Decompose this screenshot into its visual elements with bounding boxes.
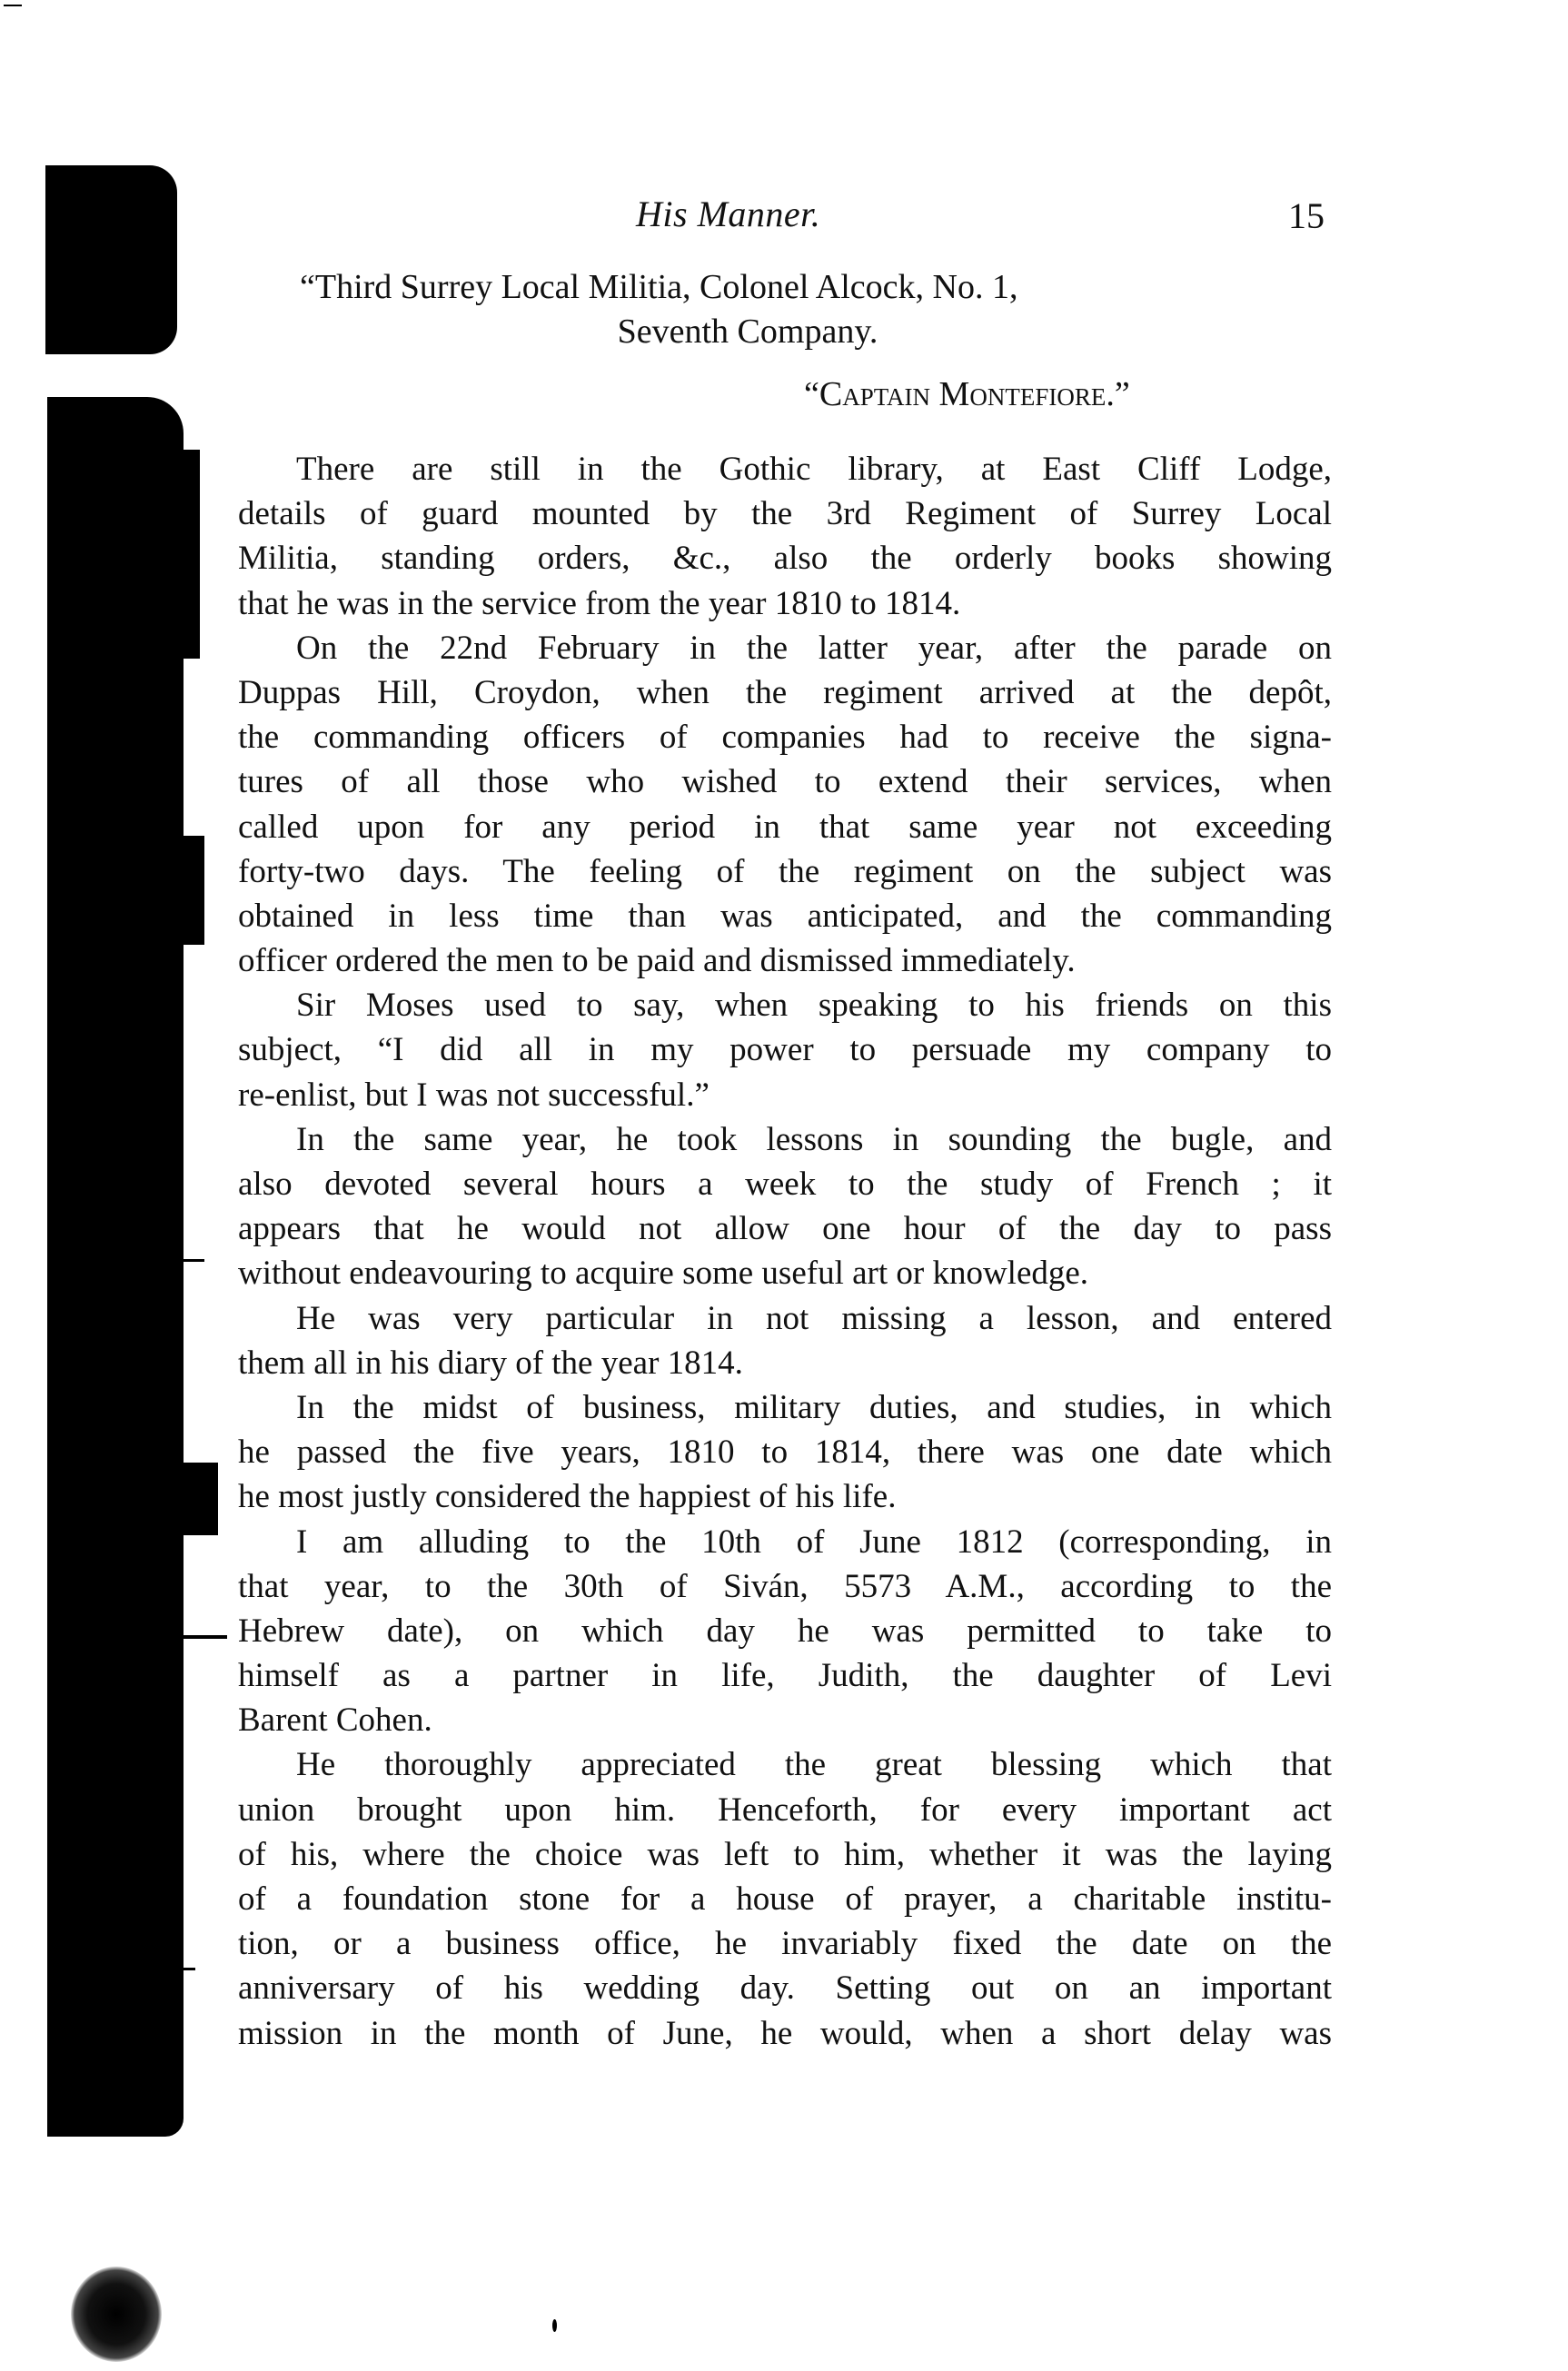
body-line: tures of all those who wished to extend … — [238, 759, 1332, 804]
body-line: He was very particular in not missing a … — [238, 1296, 1332, 1341]
scan-mark-top-left — [4, 5, 22, 6]
body-line: In the midst of business, military dutie… — [238, 1385, 1332, 1430]
body-line: In the same year, he took lessons in sou… — [238, 1117, 1332, 1162]
body-line: of a foundation stone for a house of pra… — [238, 1877, 1332, 1921]
binding-line-2 — [59, 1635, 227, 1639]
body-line: Militia, standing orders, &c., also the … — [238, 536, 1332, 580]
body-line: that year, to the 30th of Siván, 5573 A.… — [238, 1564, 1332, 1609]
body-text: There are still in the Gothic library, a… — [238, 447, 1332, 2056]
body-line: anniversary of his wedding day. Setting … — [238, 1966, 1332, 2010]
body-line: He thoroughly appreciated the great bles… — [238, 1742, 1332, 1787]
body-line: Hebrew date), on which day he was permit… — [238, 1609, 1332, 1653]
body-line: tion, or a business office, he invariabl… — [238, 1921, 1332, 1966]
body-line: subject, “I did all in my power to persu… — [238, 1027, 1332, 1072]
body-line: of his, where the choice was left to him… — [238, 1832, 1332, 1877]
body-line: he passed the five years, 1810 to 1814, … — [238, 1430, 1332, 1474]
binding-line-1 — [55, 1259, 204, 1262]
binding-line-3 — [68, 1968, 195, 1970]
body-line: obtained in less time than was anticipat… — [238, 894, 1332, 938]
body-line: without endeavouring to acquire some use… — [238, 1251, 1332, 1295]
body-line: mission in the month of June, he would, … — [238, 2011, 1332, 2056]
letter-line-2-text: Seventh Company. — [618, 312, 878, 351]
binding-shadow-bulge-3 — [164, 1463, 218, 1535]
body-line: union brought upon him. Henceforth, for … — [238, 1788, 1332, 1832]
letter-line-1: “Third Surrey Local Militia, Colonel Alc… — [300, 267, 1017, 307]
page-number: 15 — [1288, 194, 1325, 237]
binding-shadow-bulge-1 — [136, 450, 200, 659]
body-line: officer ordered the men to be paid and d… — [238, 938, 1332, 983]
body-line: Duppas Hill, Croydon, when the regiment … — [238, 670, 1332, 715]
binding-shadow-bulge-2 — [136, 836, 204, 945]
letter-signature: “Captain Montefiore.” — [804, 374, 1130, 414]
body-line: Barent Cohen. — [238, 1698, 1332, 1742]
body-line: called upon for any period in that same … — [238, 805, 1332, 849]
body-line: the commanding officers of companies had… — [238, 715, 1332, 759]
body-line: details of guard mounted by the 3rd Regi… — [238, 491, 1332, 536]
body-line: himself as a partner in life, Judith, th… — [238, 1653, 1332, 1698]
body-line: forty-two days. The feeling of the regim… — [238, 849, 1332, 894]
body-line: that he was in the service from the year… — [238, 581, 1332, 626]
body-line: There are still in the Gothic library, a… — [238, 447, 1332, 491]
body-line: he most justly considered the happiest o… — [238, 1474, 1332, 1519]
ink-speck — [552, 2319, 557, 2332]
body-line: re-enlist, but I was not successful.” — [238, 1073, 1332, 1117]
body-line: Sir Moses used to say, when speaking to … — [238, 983, 1332, 1027]
body-line: I am alluding to the 10th of June 1812 (… — [238, 1520, 1332, 1564]
body-line: also devoted several hours a week to the… — [238, 1162, 1332, 1206]
body-line: them all in his diary of the year 1814. — [238, 1341, 1332, 1385]
ink-blot — [71, 2267, 162, 2362]
letter-line-2: Seventh Company. — [0, 312, 1568, 352]
body-line: On the 22nd February in the latter year,… — [238, 626, 1332, 670]
running-head: His Manner. — [636, 193, 820, 235]
body-line: appears that he would not allow one hour… — [238, 1206, 1332, 1251]
